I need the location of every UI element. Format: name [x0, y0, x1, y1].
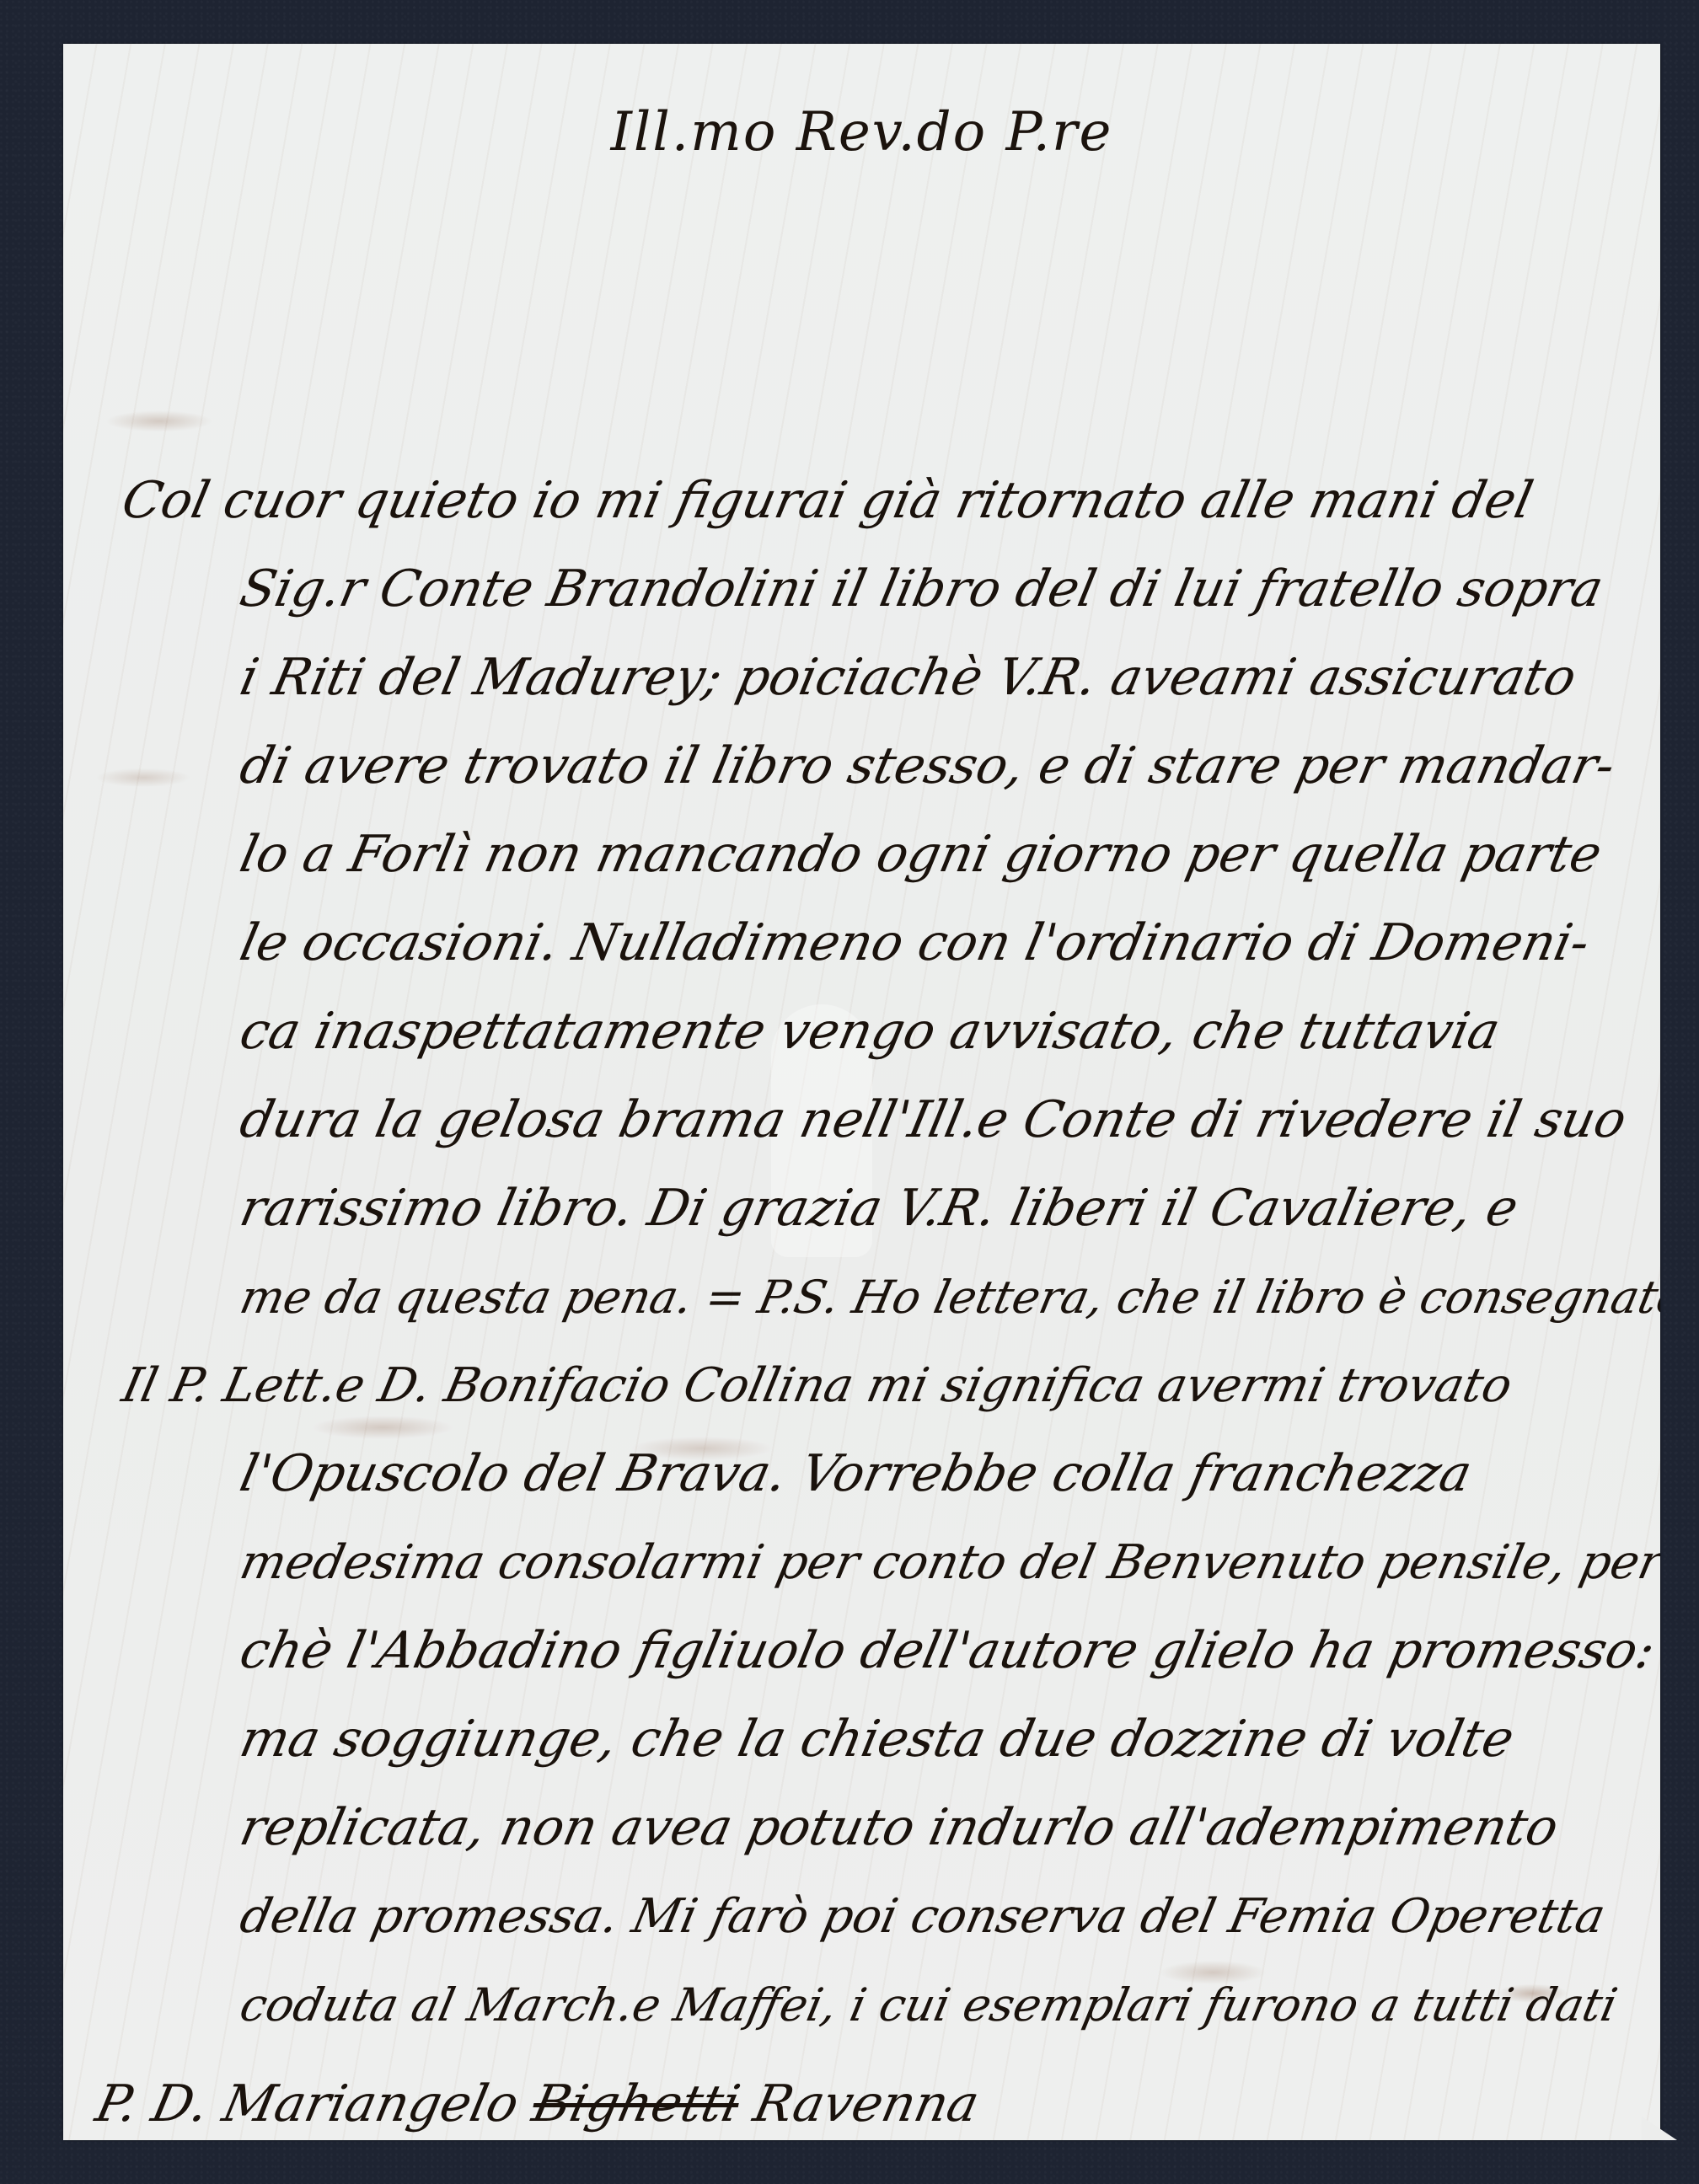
letter-line: me da questa pena. = P.S. Ho lettera, ch…: [114, 1253, 1649, 1341]
signature-name: P. D. Mariangelo: [91, 2074, 524, 2133]
signature-place: Ravenna: [748, 2074, 984, 2133]
letter-salutation: Ill.mo Rev.do P.re: [63, 101, 1660, 163]
letter-sheet: Ill.mo Rev.do P.re Col cuor quieto io mi…: [63, 44, 1660, 2140]
letter-line: Il P. Lett.e D. Bonifacio Collina mi sig…: [114, 1341, 1649, 1430]
letter-line: ma soggiunge, che la chiesta due dozzine…: [114, 1695, 1649, 1784]
letter-line: ca inaspettatamente vengo avvisato, che …: [114, 988, 1649, 1076]
letter-line: Sig.r Conte Brandolini il libro del di l…: [114, 545, 1649, 634]
letter-line: chè l'Abbadino figliuolo dell'autore gli…: [114, 1607, 1649, 1695]
letter-line: di avere trovato il libro stesso, e di s…: [114, 722, 1649, 811]
letter-line: medesima consolarmi per conto del Benven…: [114, 1518, 1649, 1607]
letter-body: Col cuor quieto io mi figurai già ritorn…: [114, 457, 1631, 2049]
letter-line: Col cuor quieto io mi figurai già ritorn…: [114, 457, 1649, 545]
signature-struck-word: Bighetti: [528, 2074, 745, 2133]
letter-line: replicata, non avea potuto indurlo all'a…: [114, 1784, 1649, 1872]
letter-line: della promessa. Mi farò poi conserva del…: [114, 1872, 1649, 1961]
letter-line: dura la gelosa brama nell'Ill.e Conte di…: [114, 1076, 1649, 1164]
letter-line: lo a Forlì non mancando ogni giorno per …: [114, 811, 1649, 899]
paper-corner-tab: [1642, 2117, 1677, 2140]
letter-line: coduta al March.e Maffei, i cui esemplar…: [114, 1961, 1649, 2049]
signature: P. D. Mariangelo Bighetti Ravenna: [91, 2074, 984, 2133]
letter-line: rarissimo libro. Di grazia V.R. liberi i…: [114, 1164, 1649, 1253]
letter-line: i Riti del Madurey; poiciachè V.R. aveam…: [114, 634, 1649, 722]
letter-line: l'Opuscolo del Brava. Vorrebbe colla fra…: [114, 1430, 1649, 1518]
letter-line: le occasioni. Nulladimeno con l'ordinari…: [114, 899, 1649, 988]
